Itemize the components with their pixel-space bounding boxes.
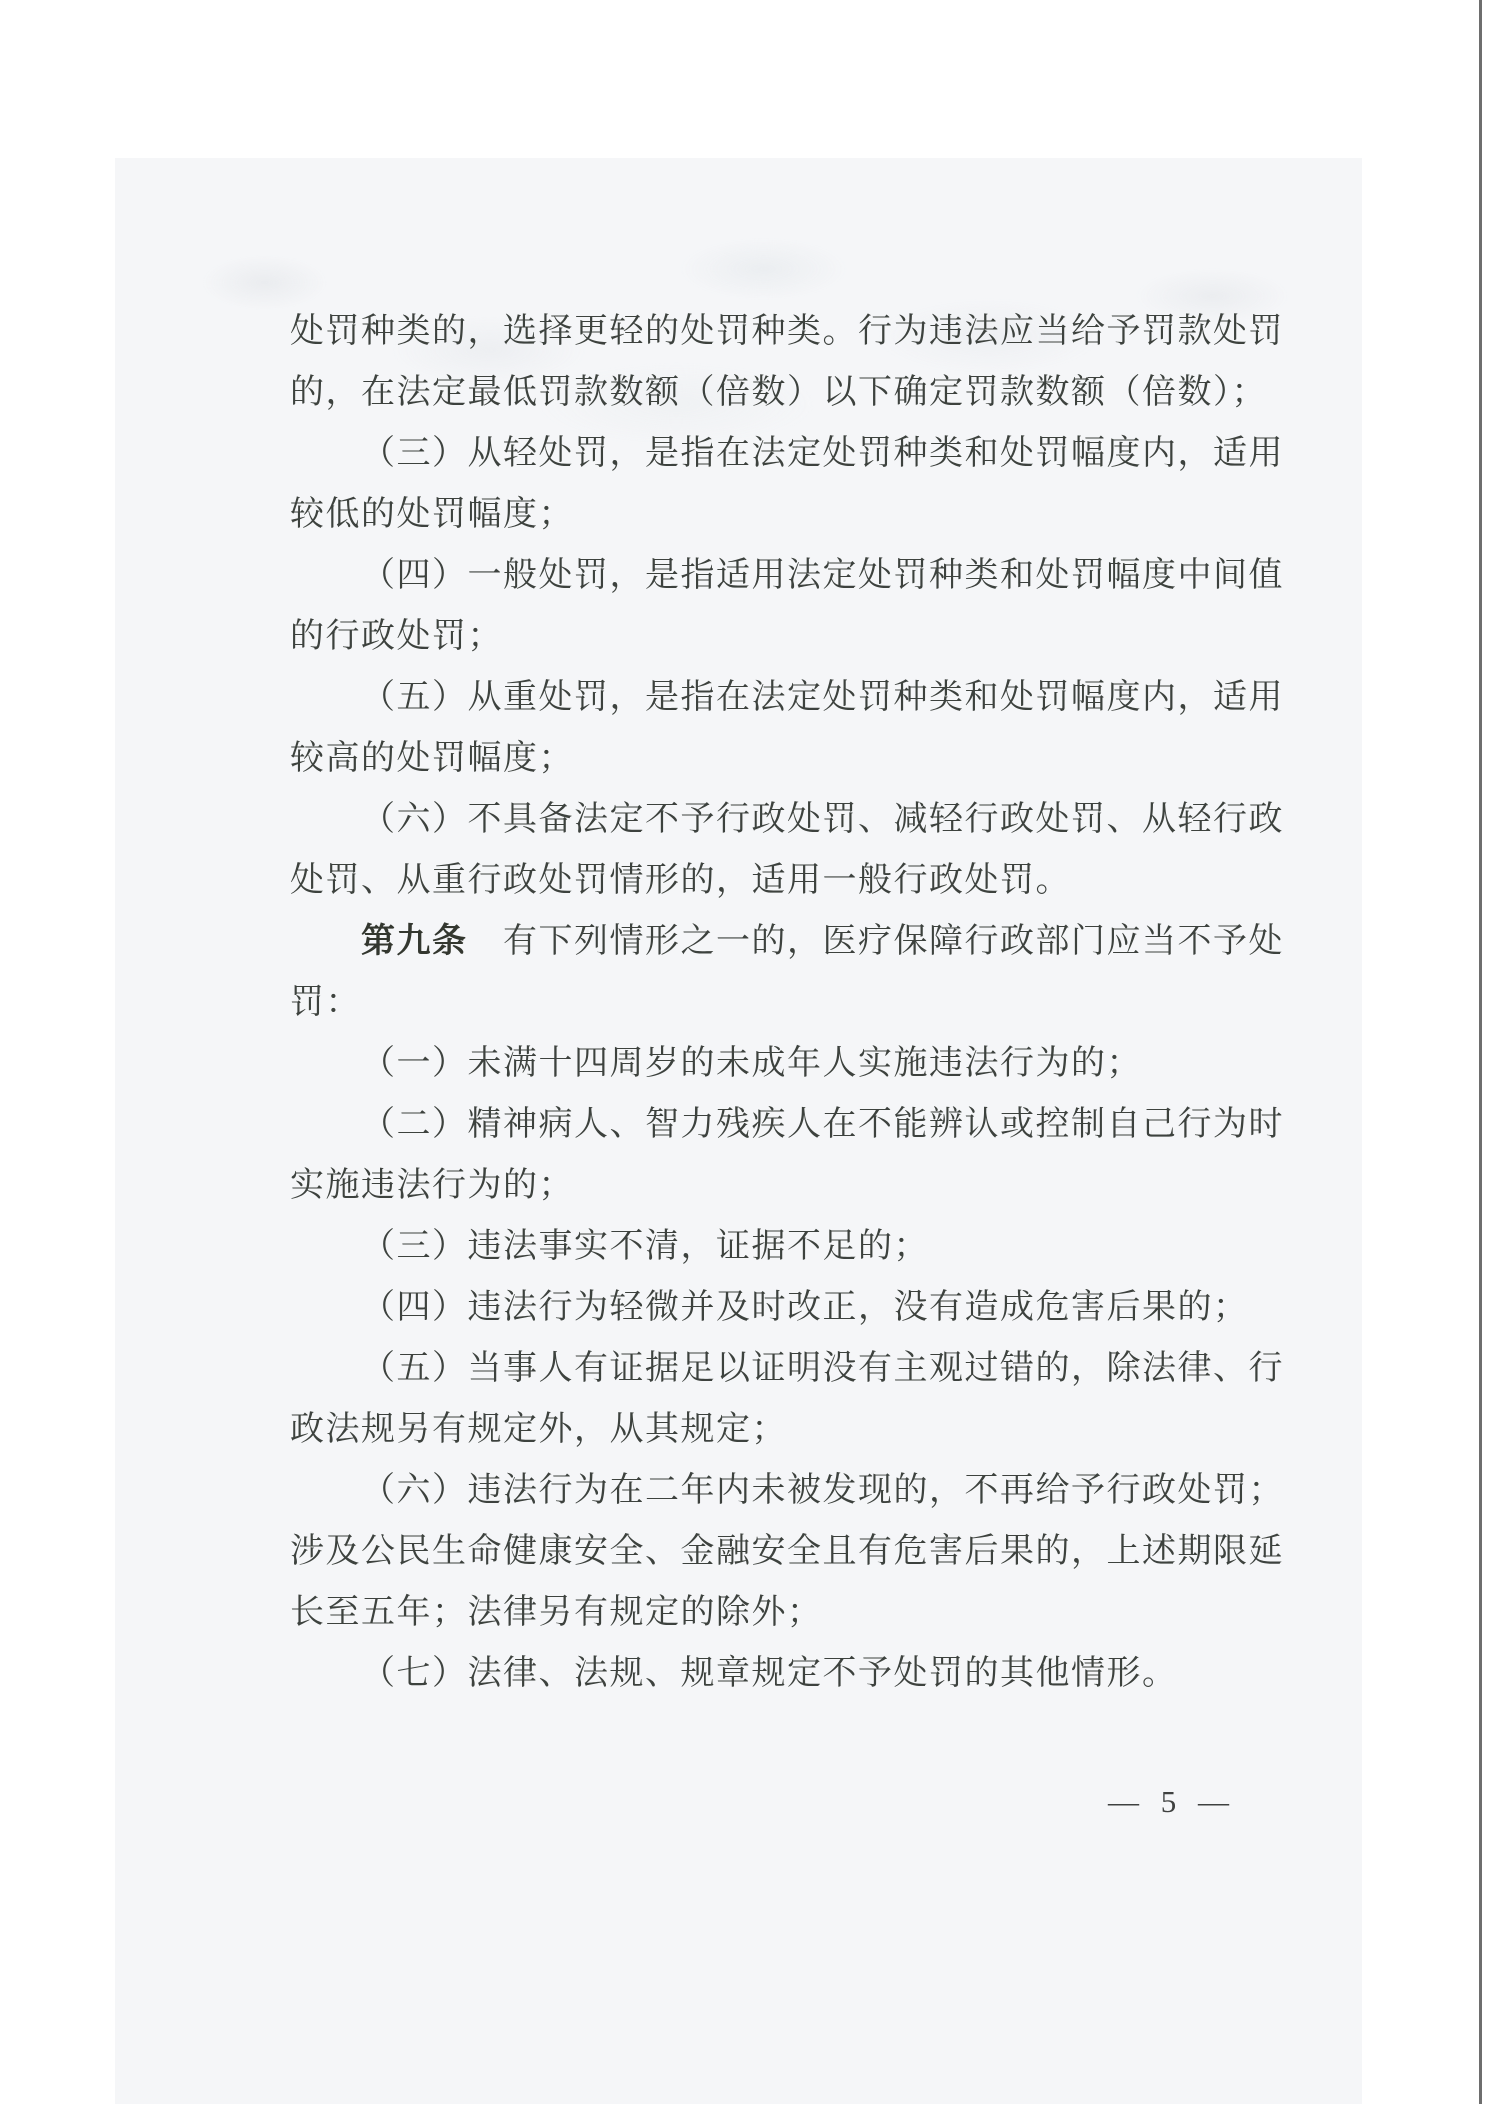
page-number: — 5 — bbox=[1108, 1784, 1236, 1820]
text-line: （六）不具备法定不予行政处罚、减轻行政处罚、从轻行政 bbox=[290, 789, 1350, 850]
text-line: 实施违法行为的； bbox=[290, 1155, 1350, 1216]
text-line: 较低的处罚幅度； bbox=[290, 484, 1350, 545]
text-line: （五）当事人有证据足以证明没有主观过错的，除法律、行 bbox=[290, 1338, 1350, 1399]
text-line: 较高的处罚幅度； bbox=[290, 728, 1350, 789]
text-line: （五）从重处罚，是指在法定处罚种类和处罚幅度内，适用 bbox=[290, 667, 1350, 728]
text-line: 的行政处罚； bbox=[290, 606, 1350, 667]
scanned-page: 处罚种类的，选择更轻的处罚种类。行为违法应当给予罚款处罚的，在法定最低罚款数额（… bbox=[0, 0, 1488, 2104]
text-line: （二）精神病人、智力残疾人在不能辨认或控制自己行为时 bbox=[290, 1094, 1350, 1155]
text-line: 政法规另有规定外，从其规定； bbox=[290, 1399, 1350, 1460]
text-line: （三）从轻处罚，是指在法定处罚种类和处罚幅度内，适用 bbox=[290, 423, 1350, 484]
text-line: 长至五年；法律另有规定的除外； bbox=[290, 1582, 1350, 1643]
text-line: 处罚种类的，选择更轻的处罚种类。行为违法应当给予罚款处罚 bbox=[290, 301, 1350, 362]
scan-edge-line bbox=[1479, 0, 1482, 2104]
text-line: 第九条 有下列情形之一的，医疗保障行政部门应当不予处 bbox=[290, 911, 1350, 972]
text-line: 罚： bbox=[290, 972, 1350, 1033]
text-line: （四）违法行为轻微并及时改正，没有造成危害后果的； bbox=[290, 1277, 1350, 1338]
text-line: 的，在法定最低罚款数额（倍数）以下确定罚款数额（倍数）； bbox=[290, 362, 1350, 423]
text-line: 涉及公民生命健康安全、金融安全且有危害后果的，上述期限延 bbox=[290, 1521, 1350, 1582]
text-line: （一）未满十四周岁的未成年人实施违法行为的； bbox=[290, 1033, 1350, 1094]
text-line: （三）违法事实不清，证据不足的； bbox=[290, 1216, 1350, 1277]
document-body: 处罚种类的，选择更轻的处罚种类。行为违法应当给予罚款处罚的，在法定最低罚款数额（… bbox=[290, 301, 1350, 1704]
line-text: 有下列情形之一的，医疗保障行政部门应当不予处 bbox=[468, 923, 1285, 960]
article-number: 第九条 bbox=[361, 923, 468, 960]
text-line: （七）法律、法规、规章规定不予处罚的其他情形。 bbox=[290, 1643, 1350, 1704]
text-line: （四）一般处罚，是指适用法定处罚种类和处罚幅度中间值 bbox=[290, 545, 1350, 606]
text-line: （六）违法行为在二年内未被发现的，不再给予行政处罚； bbox=[290, 1460, 1350, 1521]
text-line: 处罚、从重行政处罚情形的，适用一般行政处罚。 bbox=[290, 850, 1350, 911]
